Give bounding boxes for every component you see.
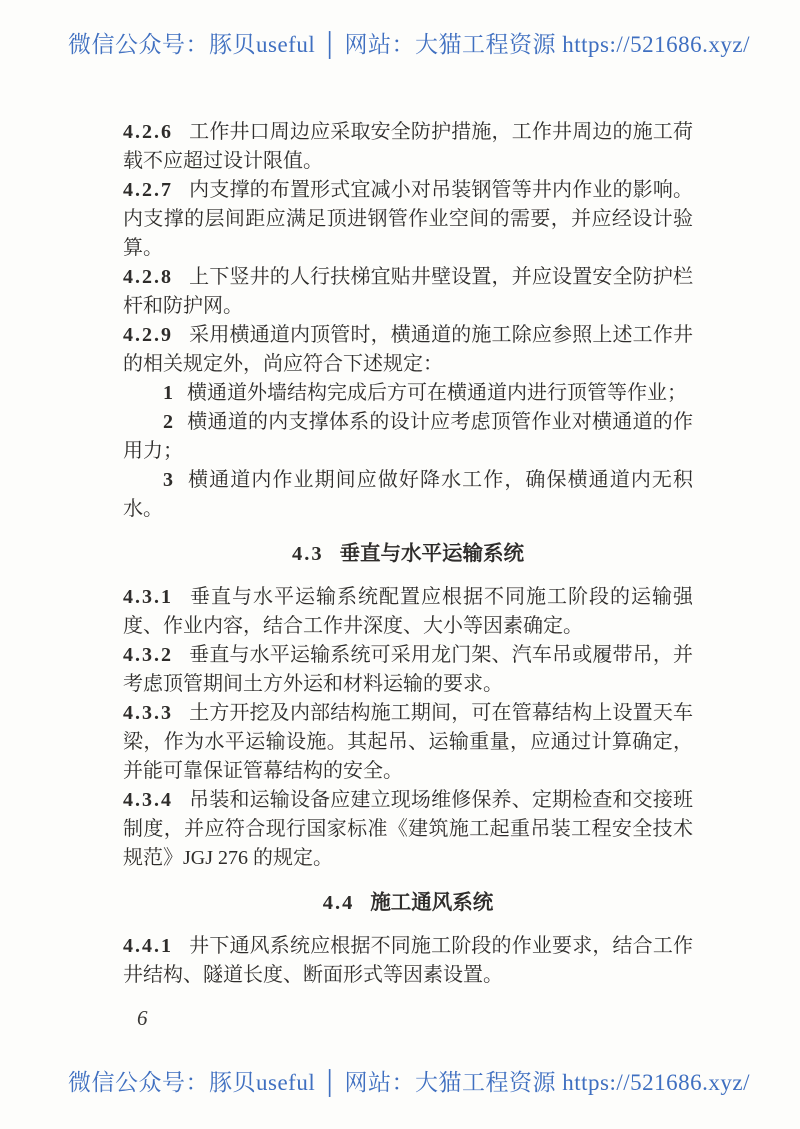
clause-text: 内支撑的布置形式宜减小对吊装钢管等井内作业的影响。内支撑的层间距应满足顶进钢管作… [123,179,693,259]
clause-4-3-3: 4.3.3土方开挖及内部结构施工期间，可在管幕结构上设置天车梁，作为水平运输设施… [123,699,693,786]
clause-4-2-8: 4.2.8上下竖井的人行扶梯宜贴井壁设置，并应设置安全防护栏杆和防护网。 [123,263,693,321]
item-text: 横通道内作业期间应做好降水工作，确保横通道内无积水。 [123,469,693,520]
clause-4-3-4: 4.3.4吊装和运输设备应建立现场维修保养、定期检查和交接班制度，并应符合现行国… [123,786,693,873]
clause-number: 4.2.7 [123,179,173,201]
clause-4-3-2: 4.3.2垂直与水平运输系统可采用龙门架、汽车吊或履带吊，并考虑顶管期间土方外运… [123,641,693,699]
clause-number: 4.3.3 [123,702,173,724]
clause-4-2-6: 4.2.6工作井口周边应采取安全防护措施，工作井周边的施工荷载不应超过设计限值。 [123,118,693,176]
clause-text: 吊装和运输设备应建立现场维修保养、定期检查和交接班制度，并应符合现行国家标准《建… [123,789,693,869]
item-text: 横通道外墙结构完成后方可在横通道内进行顶管等作业； [187,382,687,404]
header-watermark: 微信公众号：豚贝useful │ 网站：大猫工程资源 https://52168… [68,26,750,59]
item-number: 2 [163,411,173,433]
section-title: 施工通风系统 [370,892,493,914]
clause-4-2-7: 4.2.7内支撑的布置形式宜减小对吊装钢管等井内作业的影响。内支撑的层间距应满足… [123,176,693,263]
item-number: 3 [163,469,173,491]
item-text: 横通道的内支撑体系的设计应考虑顶管作业对横通道的作用力； [123,411,693,462]
document-body: 4.2.6工作井口周边应采取安全防护措施，工作井周边的施工荷载不应超过设计限值。… [123,118,693,990]
clause-text: 垂直与水平运输系统可采用龙门架、汽车吊或履带吊，并考虑顶管期间土方外运和材料运输… [123,644,693,695]
footer-watermark: 微信公众号：豚贝useful │ 网站：大猫工程资源 https://52168… [68,1064,750,1097]
item-number: 1 [163,382,173,404]
section-heading-4-4: 4.4施工通风系统 [123,889,693,918]
clause-number: 4.2.6 [123,121,173,143]
clause-number: 4.2.9 [123,324,173,346]
section-heading-4-3: 4.3垂直与水平运输系统 [123,540,693,569]
header-watermark-text: 微信公众号：豚贝useful │ 网站：大猫工程资源 https://52168… [68,32,750,57]
clause-text: 采用横通道内顶管时，横通道的施工除应参照上述工作井的相关规定外，尚应符合下述规定… [123,324,693,375]
clause-number: 4.4.1 [123,935,173,957]
section-number: 4.4 [323,892,355,914]
clause-text: 土方开挖及内部结构施工期间，可在管幕结构上设置天车梁，作为水平运输设施。其起吊、… [123,702,693,782]
clause-text: 井下通风系统应根据不同施工阶段的作业要求，结合工作井结构、隧道长度、断面形式等因… [123,935,693,986]
clause-4-2-9-item-2: 2横通道的内支撑体系的设计应考虑顶管作业对横通道的作用力； [123,408,693,466]
scanned-document-page: 微信公众号：豚贝useful │ 网站：大猫工程资源 https://52168… [0,0,800,1129]
clause-4-2-9: 4.2.9采用横通道内顶管时，横通道的施工除应参照上述工作井的相关规定外，尚应符… [123,321,693,379]
clause-number: 4.3.4 [123,789,173,811]
clause-number: 4.3.2 [123,644,173,666]
clause-4-2-9-item-1: 1横通道外墙结构完成后方可在横通道内进行顶管等作业； [123,379,693,408]
clause-4-3-1: 4.3.1垂直与水平运输系统配置应根据不同施工阶段的运输强度、作业内容，结合工作… [123,583,693,641]
clause-text: 上下竖井的人行扶梯宜贴井壁设置，并应设置安全防护栏杆和防护网。 [123,266,693,317]
clause-4-4-1: 4.4.1井下通风系统应根据不同施工阶段的作业要求，结合工作井结构、隧道长度、断… [123,932,693,990]
clause-text: 垂直与水平运输系统配置应根据不同施工阶段的运输强度、作业内容，结合工作井深度、大… [123,586,693,637]
clause-number: 4.2.8 [123,266,173,288]
page-number: 6 [137,1006,148,1031]
clause-4-2-9-item-3: 3横通道内作业期间应做好降水工作，确保横通道内无积水。 [123,466,693,524]
clause-text: 工作井口周边应采取安全防护措施，工作井周边的施工荷载不应超过设计限值。 [123,121,693,172]
clause-number: 4.3.1 [123,586,173,608]
section-number: 4.3 [292,543,324,565]
section-title: 垂直与水平运输系统 [340,543,525,565]
footer-watermark-text: 微信公众号：豚贝useful │ 网站：大猫工程资源 https://52168… [68,1070,750,1095]
